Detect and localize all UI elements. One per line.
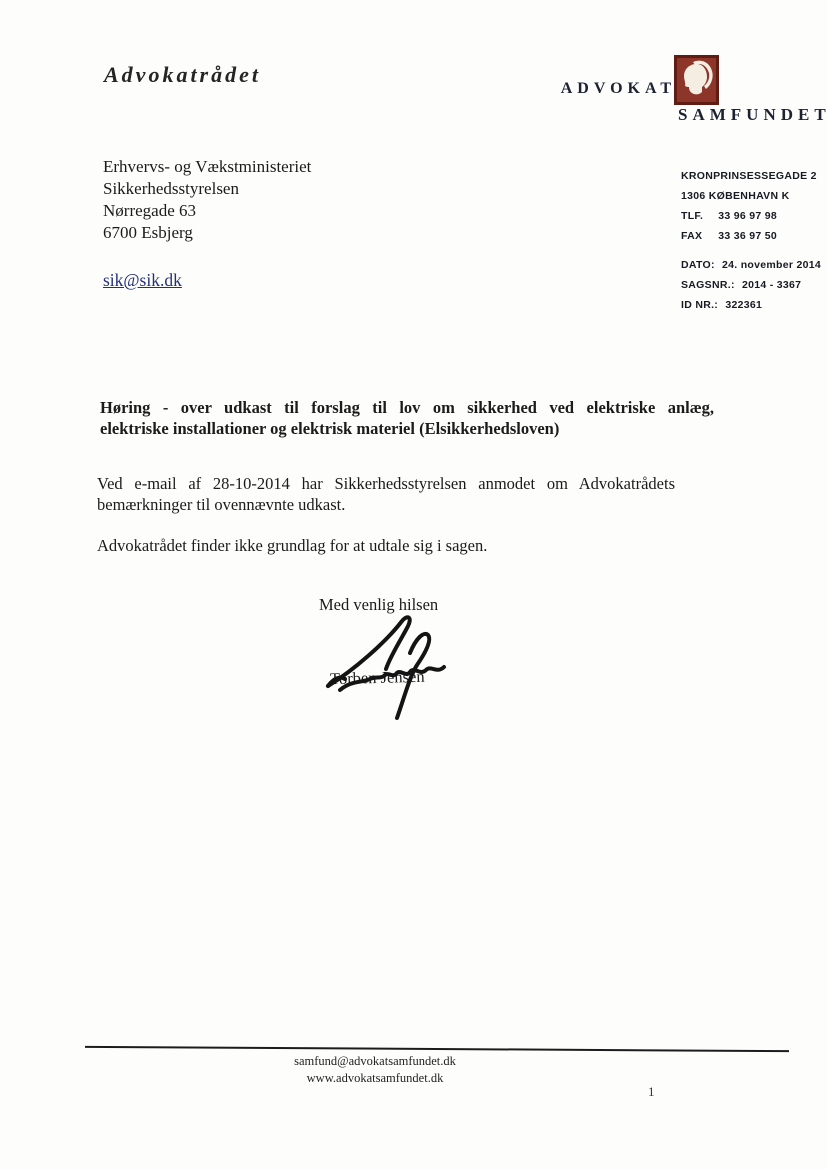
sender-city: 1306 KØBENHAVN K (681, 186, 817, 206)
logo-text-advokat: ADVOKAT (561, 80, 676, 98)
handwritten-signature-image (320, 608, 470, 728)
footer-divider (85, 1046, 789, 1052)
body-paragraph-1: Ved e-mail af 28-10-2014 har Sikkerhedss… (97, 473, 675, 515)
case-label: SAGSNR.: (681, 275, 735, 295)
page-number: 1 (648, 1084, 655, 1100)
footer-contact-block: samfund@advokatsamfundet.dk www.advokats… (85, 1053, 665, 1087)
phone-label: TLF. (681, 206, 715, 226)
document-page: Advokatrådet ADVOKAT SAMFUNDET Erhvervs-… (0, 0, 827, 1170)
phone-value: 33 96 97 98 (718, 210, 777, 222)
case-number-row: SAGSNR.: 2014 - 3367 (681, 275, 821, 295)
date-row: DATO: 24. november 2014 (681, 255, 821, 275)
recipient-email-link[interactable]: sik@sik.dk (103, 270, 182, 291)
case-value: 2014 - 3367 (742, 279, 801, 291)
date-value: 24. november 2014 (722, 259, 821, 271)
id-value: 322361 (725, 299, 762, 311)
body-paragraph-2: Advokatrådet finder ikke grundlag for at… (97, 536, 487, 556)
case-meta-block: DATO: 24. november 2014 SAGSNR.: 2014 - … (681, 255, 821, 315)
subject-line-2: elektriske installationer og elektrisk m… (100, 418, 714, 439)
id-number-row: ID NR.: 322361 (681, 295, 821, 315)
paragraph-line: bemærkninger til ovennævnte udkast. (97, 494, 675, 515)
wordmark-advokatraadet: Advokatrådet (104, 62, 261, 88)
subject-line-1: Høring - over udkast til forslag til lov… (100, 397, 714, 418)
id-label: ID NR.: (681, 295, 718, 315)
fax-label: FAX (681, 226, 715, 246)
athena-helmet-icon (674, 55, 719, 110)
sender-contact-block: KRONPRINSESSEGADE 2 1306 KØBENHAVN K TLF… (681, 166, 817, 246)
sender-fax-row: FAX 33 36 97 50 (681, 226, 817, 246)
fax-value: 33 36 97 50 (718, 230, 777, 242)
recipient-line: 6700 Esbjerg (103, 222, 311, 244)
date-label: DATO: (681, 255, 715, 275)
footer-email: samfund@advokatsamfundet.dk (85, 1053, 665, 1070)
paragraph-line: Ved e-mail af 28-10-2014 har Sikkerhedss… (97, 473, 675, 494)
recipient-line: Nørregade 63 (103, 200, 311, 222)
sender-street: KRONPRINSESSEGADE 2 (681, 166, 817, 186)
sender-phone-row: TLF. 33 96 97 98 (681, 206, 817, 226)
recipient-line: Erhvervs- og Vækstministeriet (103, 156, 311, 178)
logo-text-samfundet: SAMFUNDET (678, 105, 827, 125)
recipient-line: Sikkerhedsstyrelsen (103, 178, 311, 200)
recipient-address-block: Erhvervs- og Vækstministeriet Sikkerheds… (103, 156, 311, 244)
subject-heading: Høring - over udkast til forslag til lov… (100, 397, 714, 439)
footer-website: www.advokatsamfundet.dk (85, 1070, 665, 1087)
